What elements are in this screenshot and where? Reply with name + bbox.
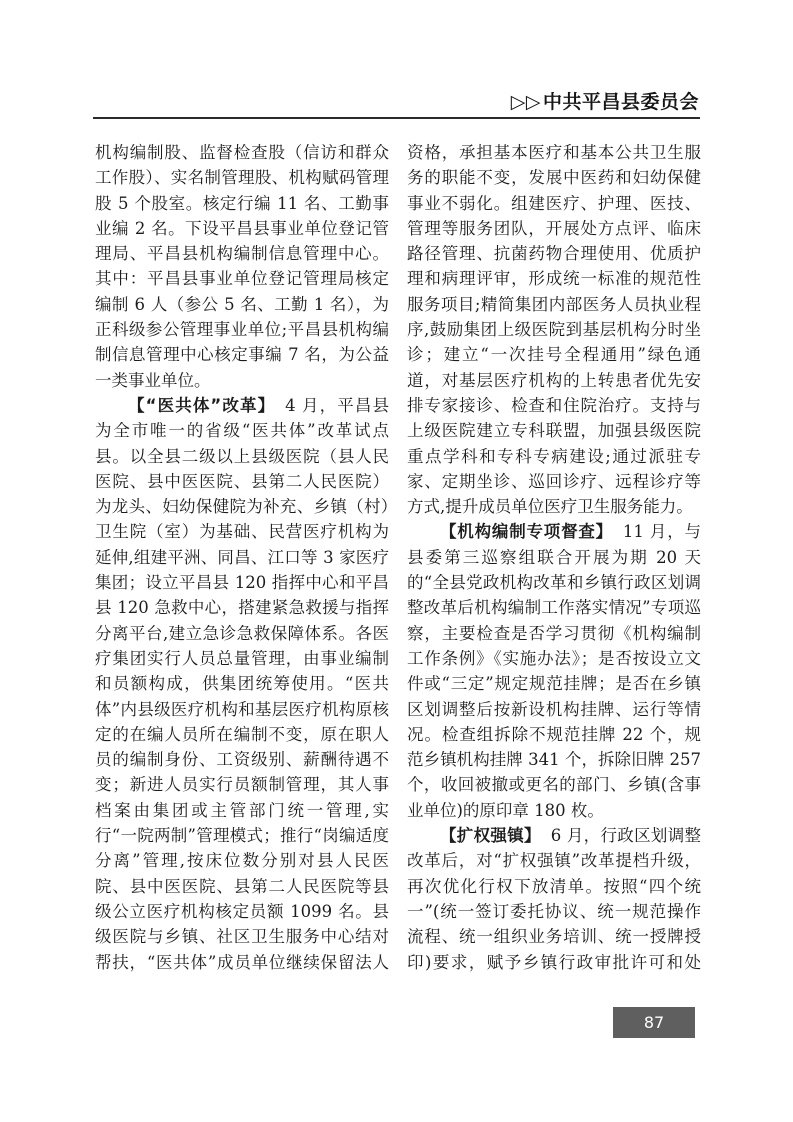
- entry-heading: 【“医共体”改革】: [128, 396, 275, 415]
- triangle-markers-icon: ▷▷: [511, 91, 541, 113]
- book-page: ▷▷中共平昌县委员会 机构编制股、监督检查股（信访和群众工作股）、实名制管理股、…: [0, 0, 793, 1122]
- header-rule: [93, 117, 700, 119]
- entry-heading: 【机构编制专项督查】: [440, 522, 613, 541]
- paragraph-entry-duchaxunca: 【机构编制专项督查】11 月，与县委第三巡察组联合开展为期 20 天的“全县党政…: [407, 519, 701, 823]
- paragraph-text: 机构编制股、监督检查股（信访和群众工作股）、实名制管理股、机构赋码管理股 5 个…: [95, 143, 389, 390]
- paragraph-text: 11 月，与县委第三巡察组联合开展为期 20 天的“全县党政机构改革和乡镇行政区…: [407, 522, 701, 819]
- entry-heading: 【扩权强镇】: [440, 826, 541, 845]
- page-number-badge: 87: [613, 1007, 695, 1038]
- running-head-title: 中共平昌县委员会: [543, 91, 699, 113]
- page-number: 87: [644, 1013, 664, 1032]
- article-content: 机构编制股、监督检查股（信访和群众工作股）、实名制管理股、机构赋码管理股 5 个…: [95, 140, 701, 978]
- running-head: ▷▷中共平昌县委员会: [511, 90, 699, 114]
- paragraph-continuation: 机构编制股、监督检查股（信访和群众工作股）、实名制管理股、机构赋码管理股 5 个…: [95, 140, 389, 393]
